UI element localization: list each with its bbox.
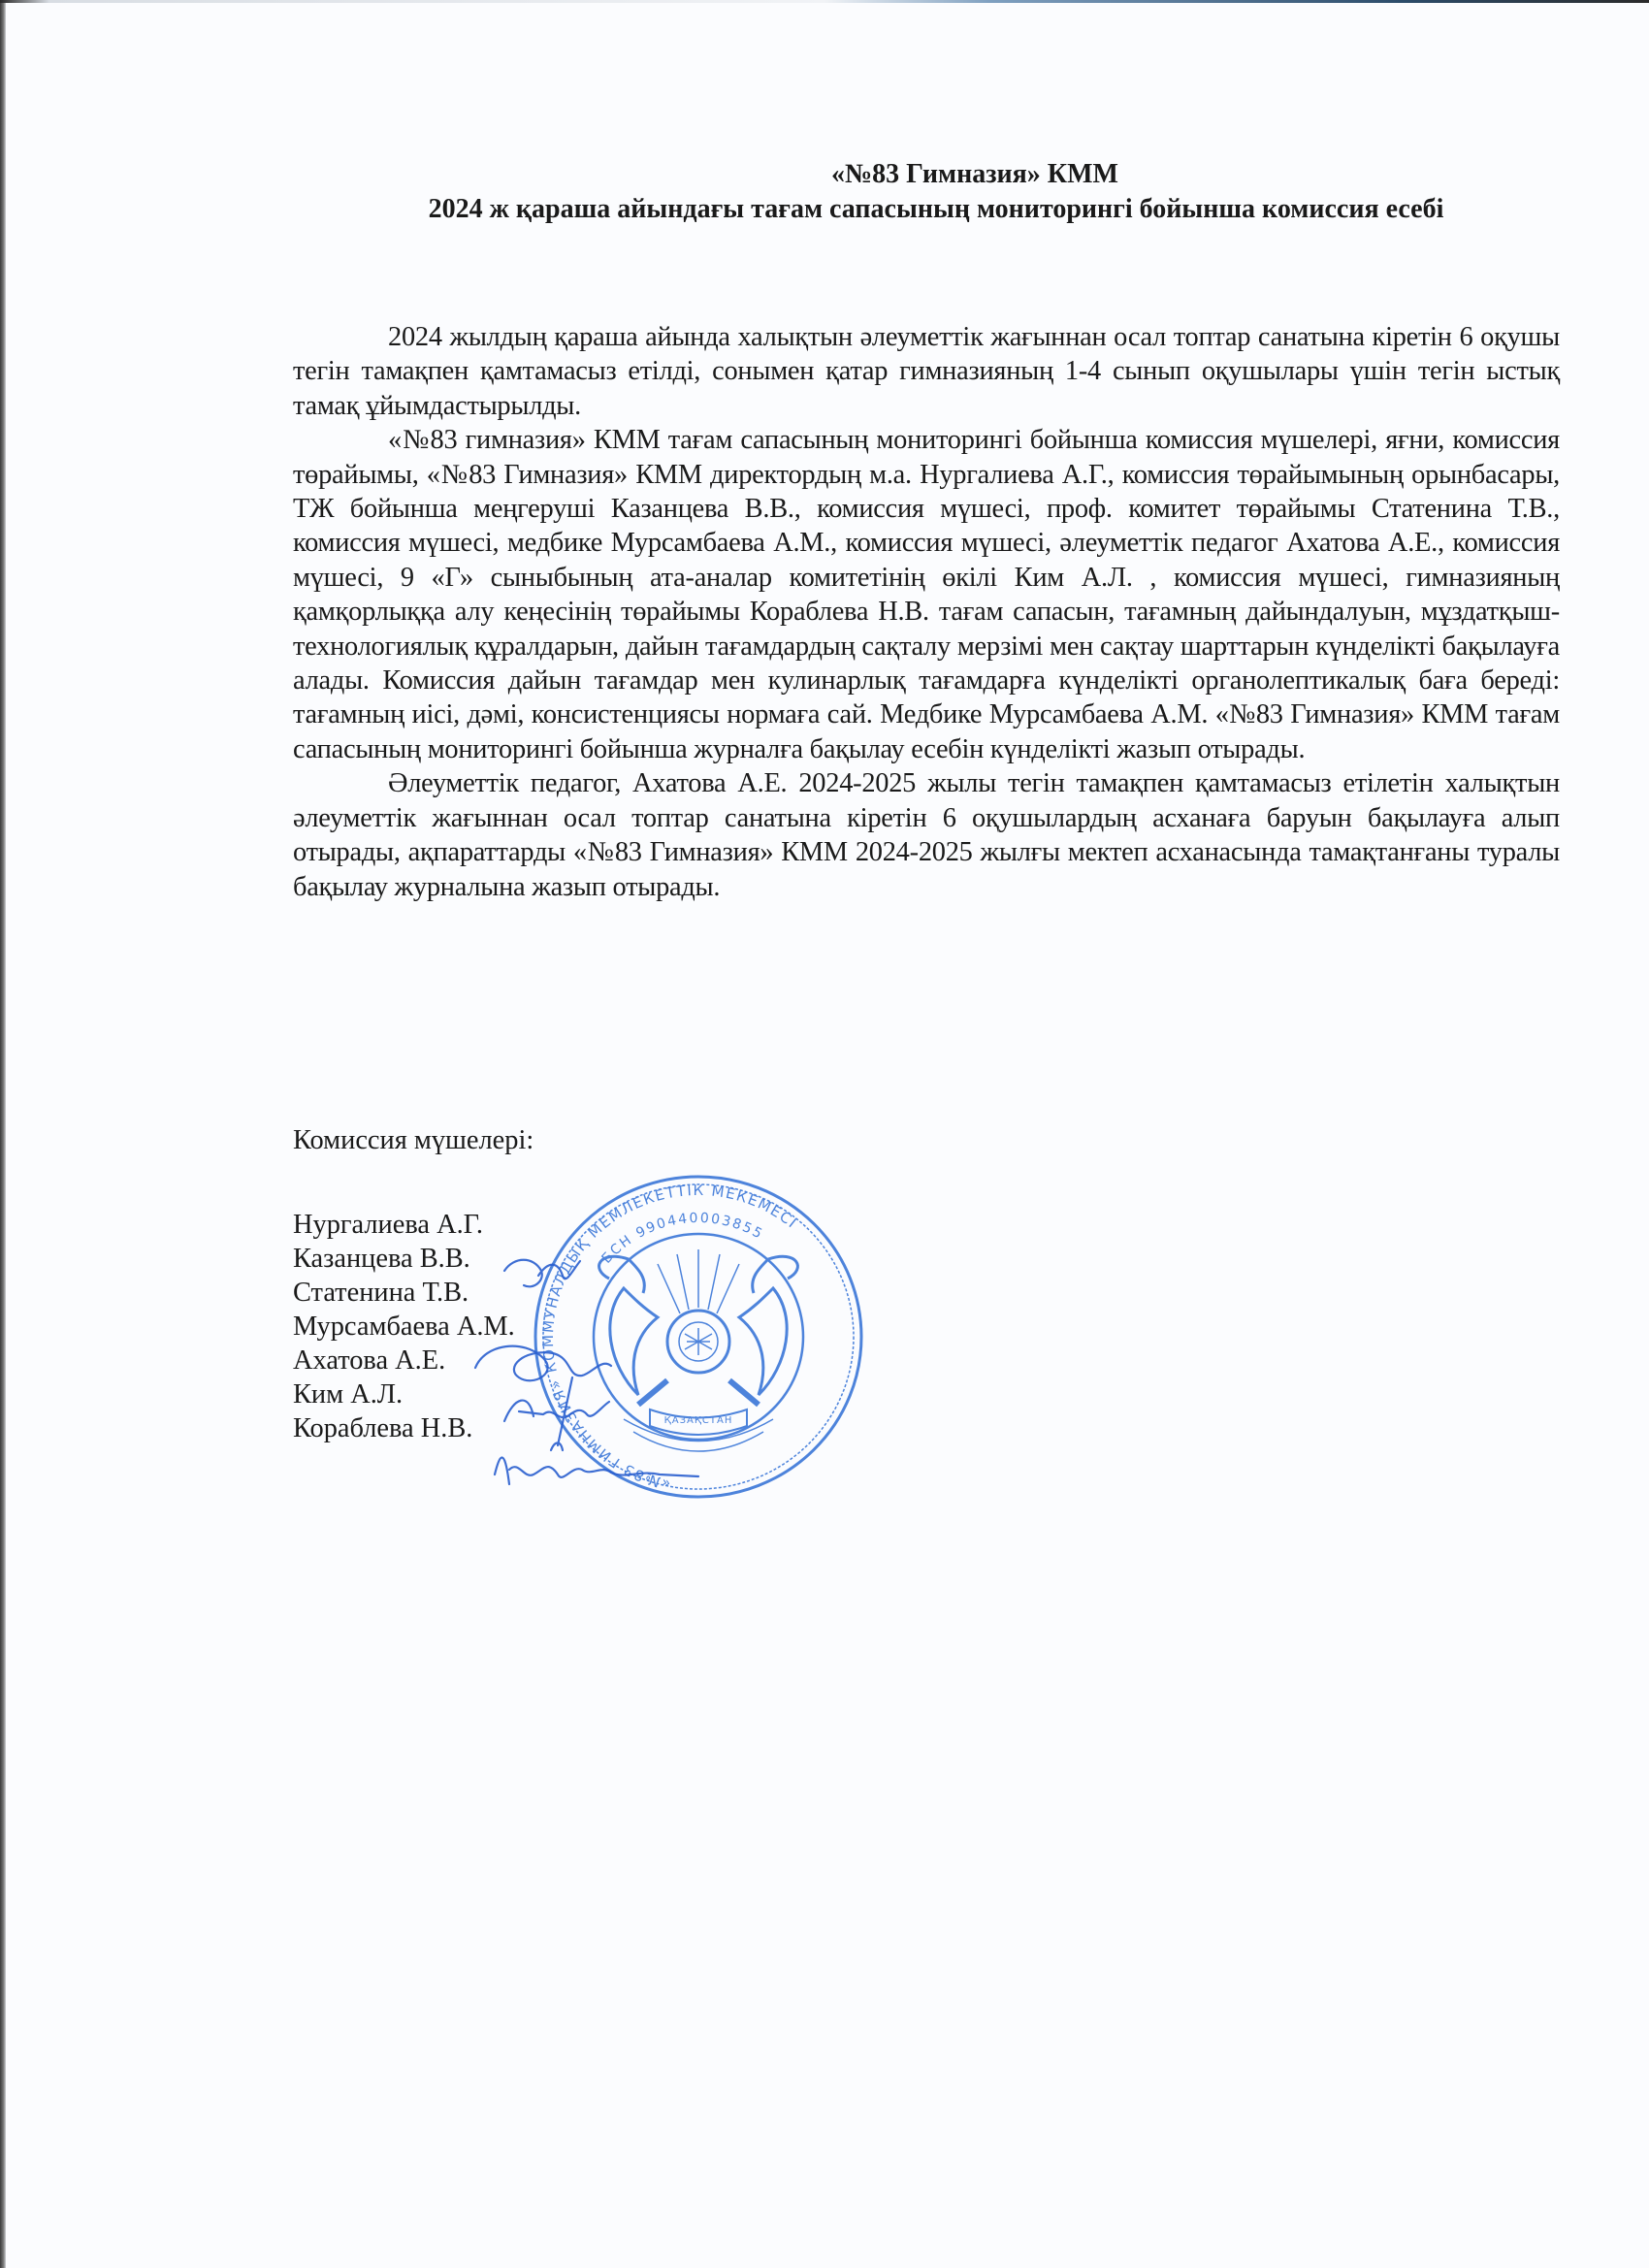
paragraph-3: Әлеуметтік педагог, Ахатова А.Е. 2024-20…: [293, 766, 1560, 904]
title-subject: 2024 ж қараша айындағы тағам сапасының м…: [291, 192, 1562, 227]
signatures-icon: [466, 1251, 873, 1513]
scan-edge-left: [0, 0, 6, 2268]
report-body: 2024 жылдың қараша айында халықтын әлеум…: [293, 320, 1560, 904]
title-organization: «№83 Гимназия» КММ: [291, 157, 1562, 192]
paragraph-1: 2024 жылдың қараша айында халықтын әлеум…: [293, 320, 1560, 423]
document-page: «№83 Гимназия» КММ 2024 ж қараша айындағ…: [0, 0, 1649, 2268]
members-heading: Комиссия мүшелері:: [293, 1123, 533, 1157]
paragraph-2: «№83 гимназия» КММ тағам сапасының монит…: [293, 423, 1560, 766]
document-title: «№83 Гимназия» КММ 2024 ж қараша айындағ…: [291, 157, 1562, 227]
member-name: Нургалиева А.Г.: [293, 1208, 533, 1242]
scan-edge-top: [0, 0, 1649, 3]
